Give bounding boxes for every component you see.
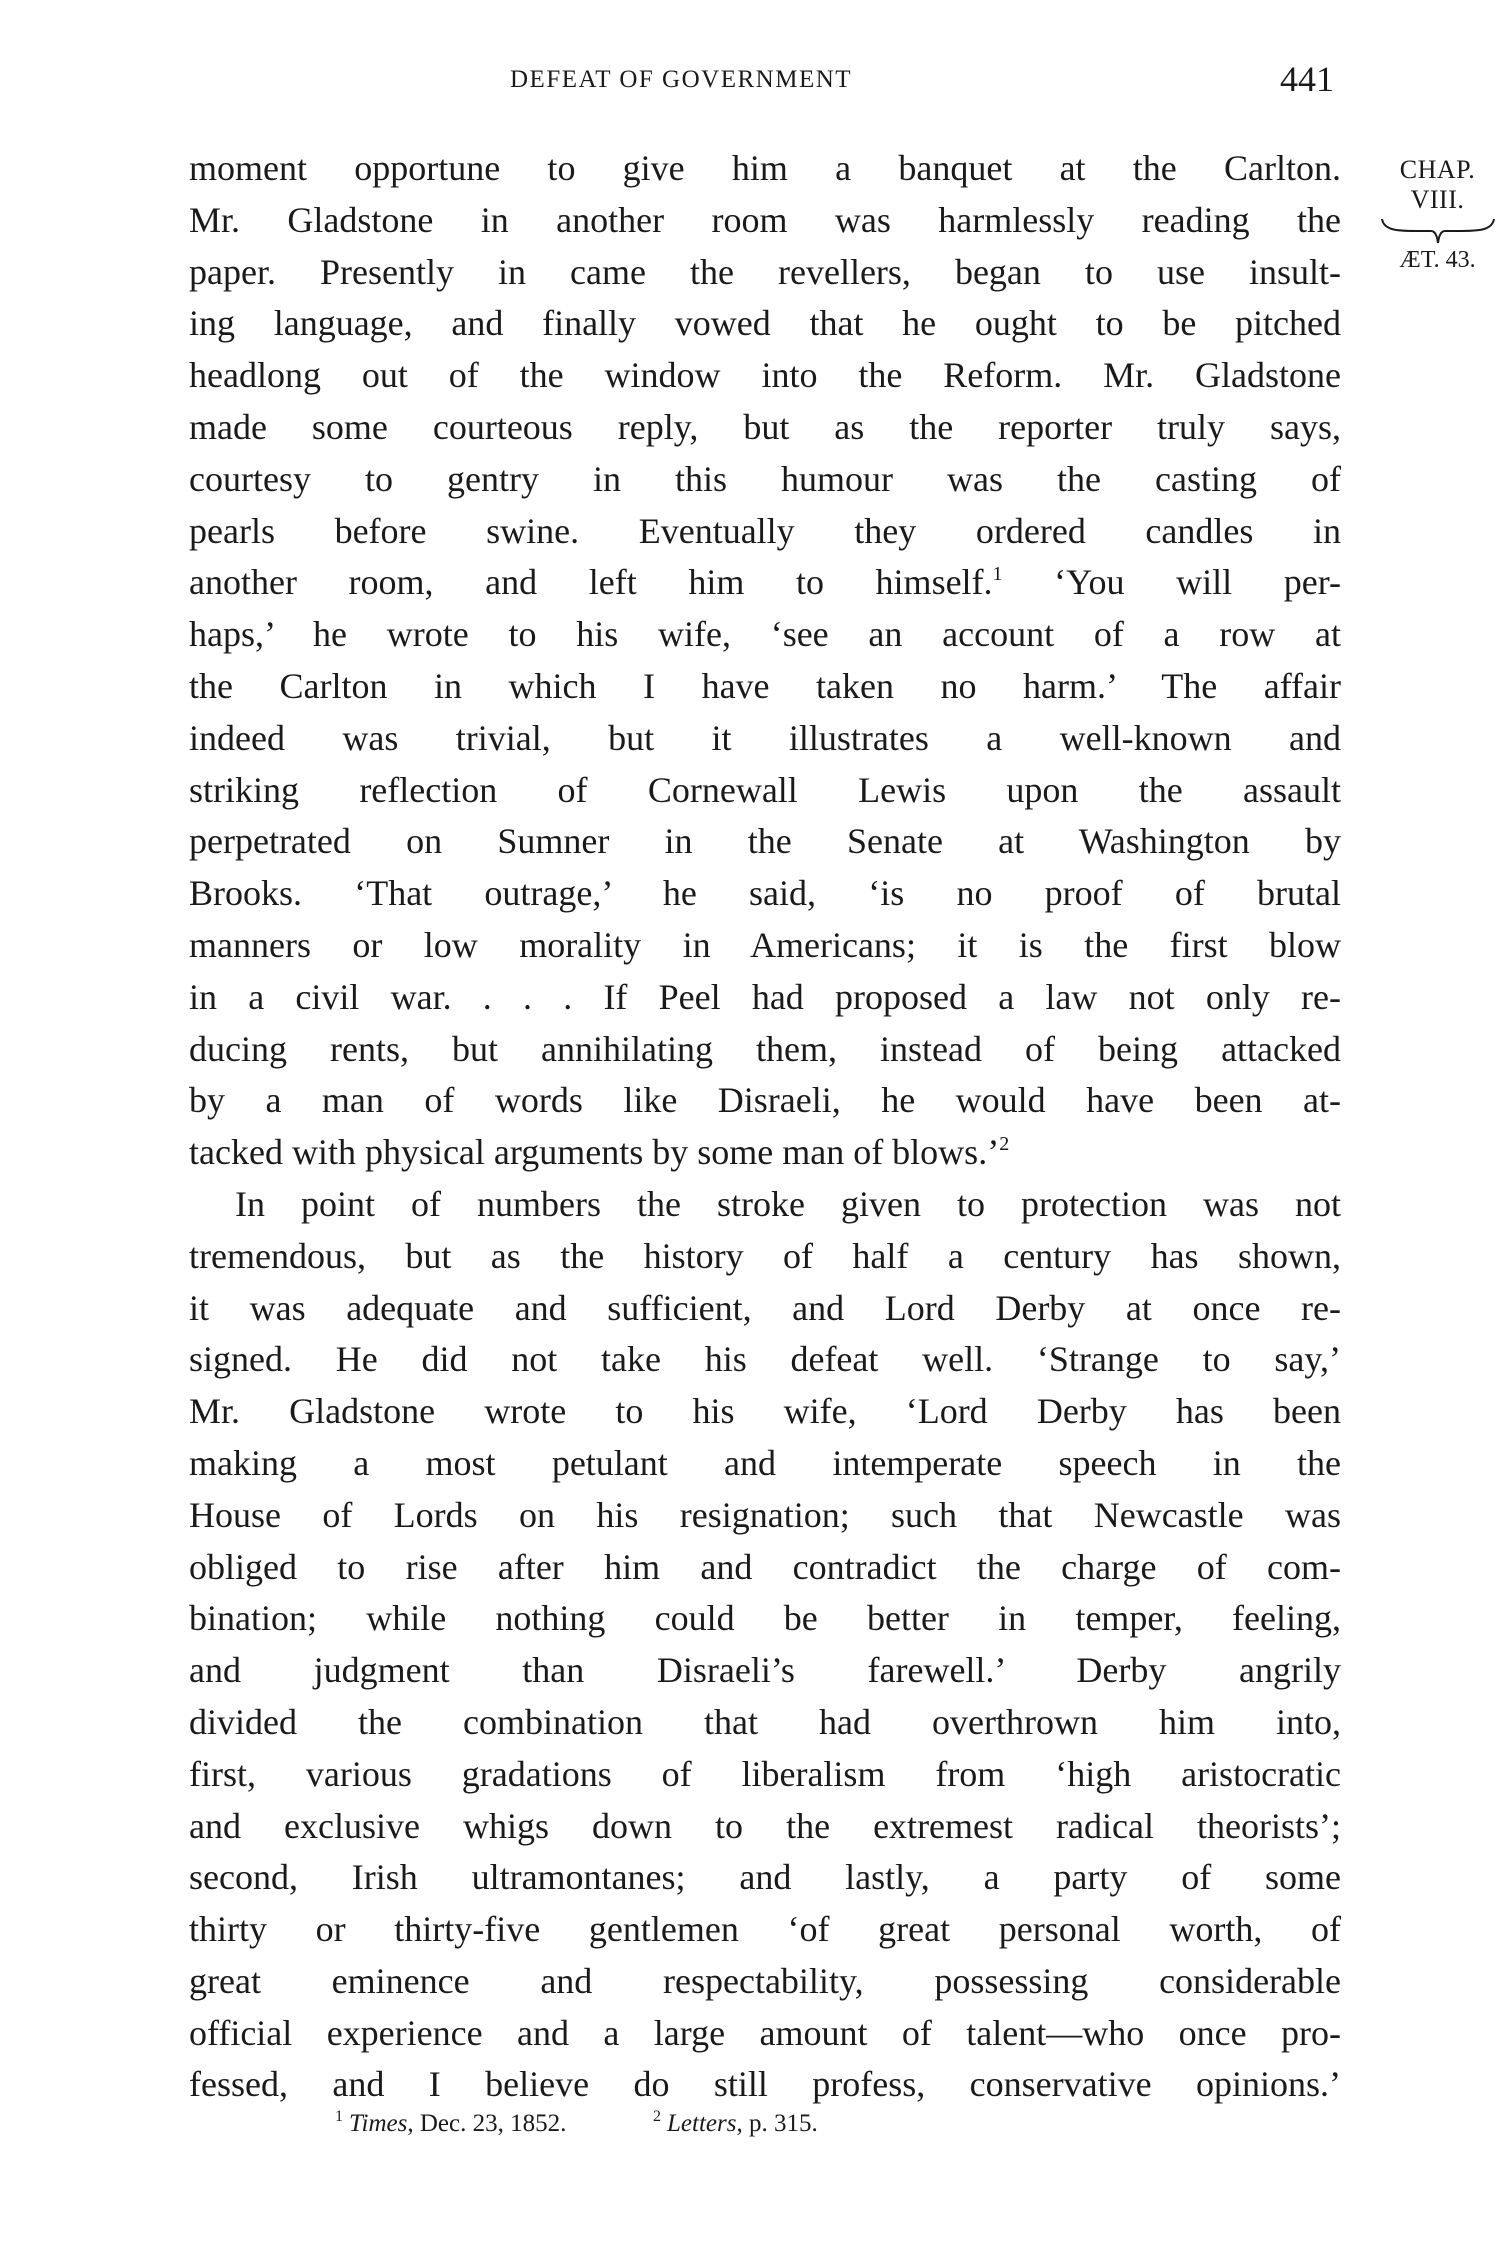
text-line: signed. He did not take his defeat well.…: [189, 1334, 1341, 1386]
text-line: made some courteous reply, but as the re…: [189, 402, 1341, 454]
text-line: by a man of words like Disraeli, he woul…: [189, 1075, 1341, 1127]
text-line: indeed was trivial, but it illustrates a…: [189, 713, 1341, 765]
text-line: great eminence and respectability, posse…: [189, 1956, 1341, 2008]
text-line: manners or low morality in Americans; it…: [189, 920, 1341, 972]
footnote-detail: , Dec. 23, 1852.: [407, 2110, 566, 2137]
line-text-tail: ‘You will per-: [1003, 562, 1341, 602]
text-line: official experience and a large amount o…: [189, 2008, 1341, 2060]
text-line: obliged to rise after him and contradict…: [189, 1542, 1341, 1594]
text-line: Mr. Gladstone in another room was harmle…: [189, 195, 1341, 247]
text-line: moment opportune to give him a banquet a…: [189, 143, 1341, 195]
text-line: House of Lords on his resignation; such …: [189, 1490, 1341, 1542]
line-text: another room, and left him to himself.: [189, 562, 993, 602]
text-line: tremendous, but as the history of half a…: [189, 1231, 1341, 1283]
curly-brace-icon: [1379, 217, 1497, 245]
text-line: in a civil war. . . . If Peel had propos…: [189, 972, 1341, 1024]
text-line: divided the combination that had overthr…: [189, 1697, 1341, 1749]
chapter-number: VIII.: [1375, 185, 1500, 215]
text-line: ing language, and finally vowed that he …: [189, 298, 1341, 350]
footnote-marker: 1: [335, 2108, 343, 2125]
text-line: and judgment than Disraeli’s farewell.’ …: [189, 1645, 1341, 1697]
body-text: moment opportune to give him a banquet a…: [189, 143, 1341, 2111]
text-line: second, Irish ultramontanes; and lastly,…: [189, 1852, 1341, 1904]
paragraph-2: In point of numbers the stroke given to …: [189, 1179, 1341, 2111]
text-line: another room, and left him to himself.1 …: [189, 557, 1341, 609]
footnote-detail: , p. 315.: [736, 2110, 817, 2137]
margin-note: CHAP. VIII. ÆT. 43.: [1375, 155, 1500, 275]
line-text: tacked with physical arguments by some m…: [189, 1132, 999, 1172]
text-line: In point of numbers the stroke given to …: [189, 1179, 1341, 1231]
page-number: 441: [1280, 58, 1334, 100]
footnote-ref-2: 2: [999, 1133, 1009, 1155]
text-line: first, various gradations of liberalism …: [189, 1749, 1341, 1801]
footnote-marker: 2: [653, 2108, 661, 2125]
paragraph-1: moment opportune to give him a banquet a…: [189, 143, 1341, 1179]
footnote-source: Letters: [667, 2110, 736, 2137]
footnote-source: Times: [349, 2110, 407, 2137]
text-line: the Carlton in which I have taken no har…: [189, 661, 1341, 713]
text-line: making a most petulant and intemperate s…: [189, 1438, 1341, 1490]
text-line: bination; while nothing could be better …: [189, 1593, 1341, 1645]
age-note: ÆT. 43.: [1375, 245, 1500, 275]
text-line: paper. Presently in came the revellers, …: [189, 247, 1341, 299]
chapter-label: CHAP.: [1375, 155, 1500, 185]
text-line: striking reflection of Cornewall Lewis u…: [189, 765, 1341, 817]
text-line: and exclusive whigs down to the extremes…: [189, 1801, 1341, 1853]
text-line: ducing rents, but annihilating them, ins…: [189, 1024, 1341, 1076]
text-line: Brooks. ‘That outrage,’ he said, ‘is no …: [189, 868, 1341, 920]
text-line: pearls before swine. Eventually they ord…: [189, 506, 1341, 558]
footnote-1: 1Times, Dec. 23, 1852.: [335, 2110, 566, 2138]
text-line: thirty or thirty-five gentlemen ‘of grea…: [189, 1904, 1341, 1956]
page-header: DEFEAT OF GOVERNMENT 441: [188, 58, 1340, 108]
text-line: it was adequate and sufficient, and Lord…: [189, 1283, 1341, 1335]
footnote-ref-1: 1: [993, 563, 1003, 585]
text-line: perpetrated on Sumner in the Senate at W…: [189, 816, 1341, 868]
running-head: DEFEAT OF GOVERNMENT: [510, 66, 852, 94]
footnote-2: 2Letters, p. 315.: [653, 2110, 818, 2138]
text-line: haps,’ he wrote to his wife, ‘see an acc…: [189, 609, 1341, 661]
footnotes: 1Times, Dec. 23, 1852. 2Letters, p. 315.: [335, 2110, 1235, 2150]
text-line: Mr. Gladstone wrote to his wife, ‘Lord D…: [189, 1386, 1341, 1438]
text-line: tacked with physical arguments by some m…: [189, 1127, 1341, 1179]
text-line: courtesy to gentry in this humour was th…: [189, 454, 1341, 506]
text-line: fessed, and I believe do still profess, …: [189, 2059, 1341, 2111]
text-line: headlong out of the window into the Refo…: [189, 350, 1341, 402]
